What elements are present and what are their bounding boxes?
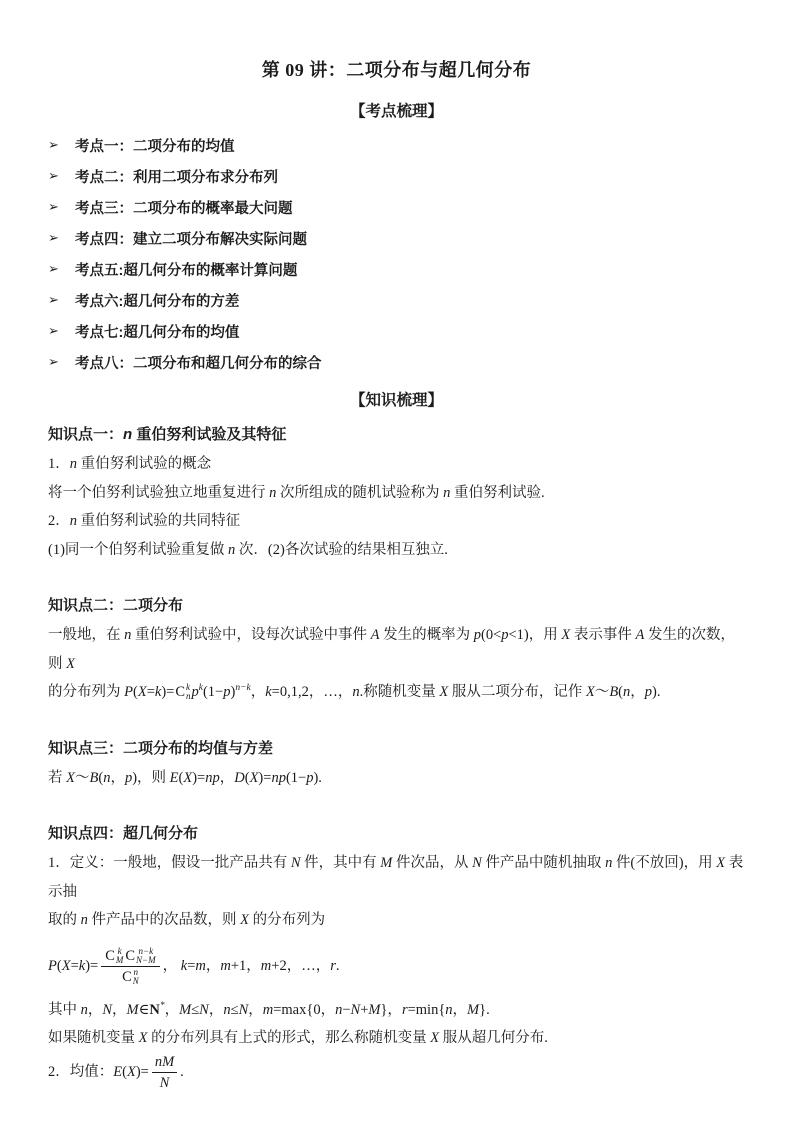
kp4-line-1: 1．定义：一般地，假设一批产品共有 N 件，其中有 M 件次品，从 N 件产品中… bbox=[48, 849, 745, 906]
arrow-bullet-icon: ➢ bbox=[48, 324, 75, 339]
hypergeometric-formula: P(X=k)=CkMCn−kN−MCnN， k=m，m+1，m+2，…，r. bbox=[48, 947, 745, 986]
topic-label: 考点七:超几何分布的均值 bbox=[75, 321, 239, 342]
arrow-bullet-icon: ➢ bbox=[48, 355, 75, 370]
topic-label: 考点六:超几何分布的方差 bbox=[75, 290, 239, 311]
kp1-heading: 知识点一：n 重伯努利试验及其特征 bbox=[48, 423, 745, 444]
topic-label: 考点三：二项分布的概率最大问题 bbox=[75, 197, 293, 218]
kp3-heading: 知识点三：二项分布的均值与方差 bbox=[48, 737, 745, 758]
topic-item-7: ➢ 考点七:超几何分布的均值 bbox=[48, 316, 745, 347]
topic-list: ➢ 考点一：二项分布的均值 ➢ 考点二：利用二项分布求分布列 ➢ 考点三：二项分… bbox=[48, 130, 745, 378]
topic-item-4: ➢ 考点四：建立二项分布解决实际问题 bbox=[48, 223, 745, 254]
arrow-bullet-icon: ➢ bbox=[48, 200, 75, 215]
hypergeometric-mean-formula: 2．均值：E(X)=nMN. bbox=[48, 1053, 745, 1092]
topic-item-1: ➢ 考点一：二项分布的均值 bbox=[48, 130, 745, 161]
kaodian-section-header: 【考点梳理】 bbox=[48, 99, 745, 121]
kp4-line-4: 如果随机变量 X 的分布列具有上式的形式，那么称随机变量 X 服从超几何分布. bbox=[48, 1024, 745, 1053]
kp1-line-3: 2．n 重伯努利试验的共同特征 bbox=[48, 507, 745, 536]
knowledge-point-1: 知识点一：n 重伯努利试验及其特征 1．n 重伯努利试验的概念 将一个伯努利试验… bbox=[48, 423, 745, 564]
document-page: 第 09 讲：二项分布与超几何分布 【考点梳理】 ➢ 考点一：二项分布的均值 ➢… bbox=[0, 0, 793, 1122]
topic-label: 考点二：利用二项分布求分布列 bbox=[75, 166, 278, 187]
arrow-bullet-icon: ➢ bbox=[48, 169, 75, 184]
kp2-heading: 知识点二：二项分布 bbox=[48, 594, 745, 615]
topic-label: 考点一：二项分布的均值 bbox=[75, 135, 235, 156]
arrow-bullet-icon: ➢ bbox=[48, 262, 75, 277]
topic-item-2: ➢ 考点二：利用二项分布求分布列 bbox=[48, 161, 745, 192]
topic-label: 考点五:超几何分布的概率计算问题 bbox=[75, 259, 297, 280]
arrow-bullet-icon: ➢ bbox=[48, 293, 75, 308]
knowledge-point-4: 知识点四：超几何分布 1．定义：一般地，假设一批产品共有 N 件，其中有 M 件… bbox=[48, 822, 745, 1092]
kp1-line-2: 将一个伯努利试验独立地重复进行 n 次所组成的随机试验称为 n 重伯努利试验. bbox=[48, 479, 745, 508]
kp2-line-2-binomial-formula: 的分布列为 P(X=k)=Cknpk(1−p)n−k，k=0,1,2，…，n.称… bbox=[48, 678, 745, 707]
kp4-heading: 知识点四：超几何分布 bbox=[48, 822, 745, 843]
topic-label: 考点八：二项分布和超几何分布的综合 bbox=[75, 352, 322, 373]
topic-item-6: ➢ 考点六:超几何分布的方差 bbox=[48, 285, 745, 316]
topic-label: 考点四：建立二项分布解决实际问题 bbox=[75, 228, 307, 249]
zhishi-section-header: 【知识梳理】 bbox=[48, 388, 745, 410]
arrow-bullet-icon: ➢ bbox=[48, 138, 75, 153]
arrow-bullet-icon: ➢ bbox=[48, 231, 75, 246]
kp4-line-3-constraints: 其中 n，N，M∈N*，M≤N，n≤N，m=max{0，n−N+M}，r=min… bbox=[48, 996, 745, 1025]
knowledge-point-2: 知识点二：二项分布 一般地，在 n 重伯努利试验中，设每次试验中事件 A 发生的… bbox=[48, 594, 745, 707]
knowledge-point-3: 知识点三：二项分布的均值与方差 若 X～B(n，p)，则 E(X)=np，D(X… bbox=[48, 737, 745, 793]
kp3-line-1-mean-variance-formula: 若 X～B(n，p)，则 E(X)=np，D(X)=np(1−p). bbox=[48, 764, 745, 793]
kp1-line-4: (1)同一个伯努利试验重复做 n 次．(2)各次试验的结果相互独立. bbox=[48, 536, 745, 565]
kp4-line-2: 取的 n 件产品中的次品数，则 X 的分布列为 bbox=[48, 906, 745, 935]
topic-item-8: ➢ 考点八：二项分布和超几何分布的综合 bbox=[48, 347, 745, 378]
topic-item-5: ➢ 考点五:超几何分布的概率计算问题 bbox=[48, 254, 745, 285]
kp1-line-1: 1．n 重伯努利试验的概念 bbox=[48, 450, 745, 479]
topic-item-3: ➢ 考点三：二项分布的概率最大问题 bbox=[48, 192, 745, 223]
kp2-line-1: 一般地，在 n 重伯努利试验中，设每次试验中事件 A 发生的概率为 p(0<p<… bbox=[48, 621, 745, 678]
page-title: 第 09 讲：二项分布与超几何分布 bbox=[48, 56, 745, 82]
